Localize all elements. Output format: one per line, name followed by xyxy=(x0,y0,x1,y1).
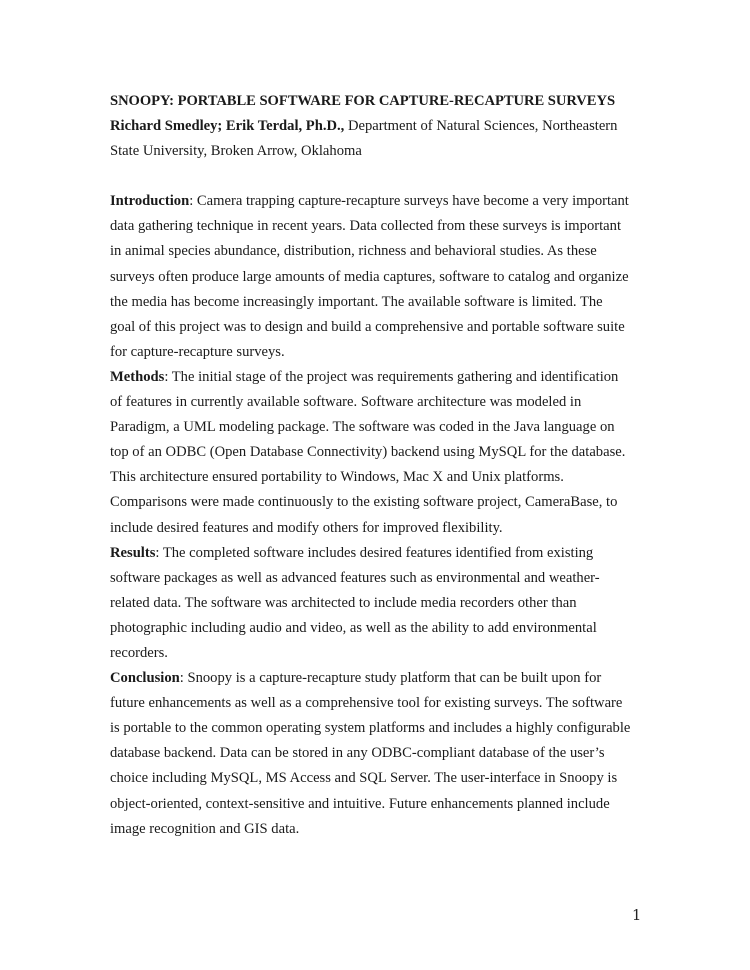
section-line: database backend. Data can be stored in … xyxy=(110,741,640,766)
section-results: Results: The completed software includes… xyxy=(110,541,640,666)
section-line: for capture-recapture surveys. xyxy=(110,340,640,365)
section-line: image recognition and GIS data. xyxy=(110,817,640,842)
section-line: This architecture ensured portability to… xyxy=(110,465,640,490)
section-heading: Introduction xyxy=(110,193,189,209)
affiliation-part-2: State University, Broken Arrow, Oklahoma xyxy=(110,139,640,164)
section-line: Introduction: Camera trapping capture-re… xyxy=(110,189,640,214)
section-line: recorders. xyxy=(110,641,640,666)
section-text: : Snoopy is a capture-recapture study pl… xyxy=(180,670,601,686)
section-text: : The initial stage of the project was r… xyxy=(164,369,618,385)
document-page: SNOOPY: PORTABLE SOFTWARE FOR CAPTURE-RE… xyxy=(0,0,750,970)
section-line: future enhancements as well as a compreh… xyxy=(110,691,640,716)
section-line: is portable to the common operating syst… xyxy=(110,716,640,741)
affiliation-part-1: Department of Natural Sciences, Northeas… xyxy=(344,118,617,134)
author-block: Richard Smedley; Erik Terdal, Ph.D., Dep… xyxy=(110,114,640,164)
section-line: the media has become increasingly import… xyxy=(110,290,640,315)
paper-title: SNOOPY: PORTABLE SOFTWARE FOR CAPTURE-RE… xyxy=(110,89,640,114)
page-number: 1 xyxy=(632,907,641,924)
section-line: Comparisons were made continuously to th… xyxy=(110,490,640,515)
section-introduction: Introduction: Camera trapping capture-re… xyxy=(110,189,640,365)
section-text: : Camera trapping capture-recapture surv… xyxy=(189,193,629,209)
abstract-body: SNOOPY: PORTABLE SOFTWARE FOR CAPTURE-RE… xyxy=(110,89,640,842)
section-line: Results: The completed software includes… xyxy=(110,541,640,566)
section-line: Conclusion: Snoopy is a capture-recaptur… xyxy=(110,666,640,691)
section-line: software packages as well as advanced fe… xyxy=(110,566,640,591)
section-text: : The completed software includes desire… xyxy=(155,545,593,561)
section-heading: Methods xyxy=(110,369,164,385)
section-line: object-oriented, context-sensitive and i… xyxy=(110,792,640,817)
section-line: data gathering technique in recent years… xyxy=(110,214,640,239)
section-line: include desired features and modify othe… xyxy=(110,516,640,541)
section-line: top of an ODBC (Open Database Connectivi… xyxy=(110,440,640,465)
section-line: of features in currently available softw… xyxy=(110,390,640,415)
section-line: related data. The software was architect… xyxy=(110,591,640,616)
section-methods: Methods: The initial stage of the projec… xyxy=(110,365,640,541)
section-line: choice including MySQL, MS Access and SQ… xyxy=(110,766,640,791)
author-line-1: Richard Smedley; Erik Terdal, Ph.D., Dep… xyxy=(110,114,640,139)
section-line: Methods: The initial stage of the projec… xyxy=(110,365,640,390)
author-names: Richard Smedley; Erik Terdal, Ph.D., xyxy=(110,118,344,134)
section-heading: Results xyxy=(110,545,155,561)
section-line: photographic including audio and video, … xyxy=(110,616,640,641)
spacer xyxy=(110,164,640,189)
section-line: Paradigm, a UML modeling package. The so… xyxy=(110,415,640,440)
section-line: surveys often produce large amounts of m… xyxy=(110,265,640,290)
section-conclusion: Conclusion: Snoopy is a capture-recaptur… xyxy=(110,666,640,842)
section-line: in animal species abundance, distributio… xyxy=(110,239,640,264)
section-heading: Conclusion xyxy=(110,670,180,686)
section-line: goal of this project was to design and b… xyxy=(110,315,640,340)
